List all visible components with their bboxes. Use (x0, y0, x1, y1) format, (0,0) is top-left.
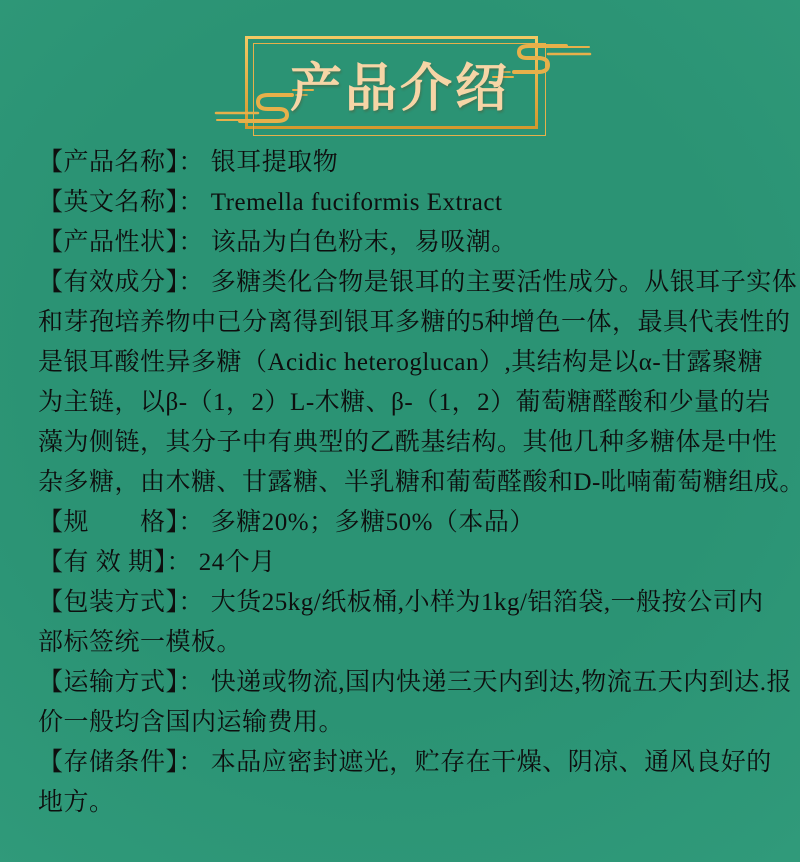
text-line: 部标签统一模板。 (38, 623, 778, 663)
product-info-list: 【产品名称】： 银耳提取物 【英文名称】： Tremella fuciformi… (38, 143, 778, 823)
section-active-ingredients: 【有效成分】： 多糖类化合物是银耳的主要活性成分。从银耳子实体和芽孢培养物中已分… (38, 263, 778, 503)
text-line: 【运输方式】： 快递或物流,国内快递三天内到达,物流五天内到达.报 (38, 663, 778, 703)
section-appearance: 【产品性状】： 该品为白色粉末，易吸潮。 (38, 223, 778, 263)
text-line: 【产品名称】： 银耳提取物 (38, 143, 778, 183)
section-product-name: 【产品名称】： 银耳提取物 (38, 143, 778, 183)
text-line: 是银耳酸性异多糖（Acidic heteroglucan）,其结构是以α-甘露聚… (38, 343, 778, 383)
text-line: 【包装方式】： 大货25kg/纸板桶,小样为1kg/铝箔袋,一般按公司内 (38, 583, 778, 623)
text-line: 地方。 (38, 783, 778, 823)
text-line: 【有 效 期】： 24个月 (38, 543, 778, 583)
product-intro-page: 产品介绍 【产品名称】： 银耳提取物 【英文名称】： Tremella fuci… (0, 0, 800, 862)
section-packaging: 【包装方式】： 大货25kg/纸板桶,小样为1kg/铝箔袋,一般按公司内部标签统… (38, 583, 778, 663)
text-line: 【产品性状】： 该品为白色粉末，易吸潮。 (38, 223, 778, 263)
text-line: 【存储条件】： 本品应密封遮光，贮存在干燥、阴凉、通风良好的 (38, 743, 778, 783)
page-title: 产品介绍 (0, 63, 800, 115)
text-line: 和芽孢培养物中已分离得到银耳多糖的5种增色一体，最具代表性的 (38, 303, 778, 343)
text-line: 【规 格】： 多糖20%；多糖50%（本品） (38, 503, 778, 543)
text-line: 杂多糖，由木糖、甘露糖、半乳糖和葡萄醛酸和D-吡喃葡萄糖组成。 (38, 463, 778, 503)
text-line: 【英文名称】： Tremella fuciformis Extract (38, 183, 778, 223)
text-line: 为主链，以β-（1，2）L-木糖、β-（1，2）葡萄糖醛酸和少量的岩 (38, 383, 778, 423)
section-shipping: 【运输方式】： 快递或物流,国内快递三天内到达,物流五天内到达.报价一般均含国内… (38, 663, 778, 743)
section-english-name: 【英文名称】： Tremella fuciformis Extract (38, 183, 778, 223)
section-storage: 【存储条件】： 本品应密封遮光，贮存在干燥、阴凉、通风良好的地方。 (38, 743, 778, 823)
text-line: 价一般均含国内运输费用。 (38, 703, 778, 743)
text-line: 【有效成分】： 多糖类化合物是银耳的主要活性成分。从银耳子实体 (38, 263, 778, 303)
section-shelf-life: 【有 效 期】： 24个月 (38, 543, 778, 583)
text-line: 藻为侧链，其分子中有典型的乙酰基结构。其他几种多糖体是中性 (38, 423, 778, 463)
section-specification: 【规 格】： 多糖20%；多糖50%（本品） (38, 503, 778, 543)
